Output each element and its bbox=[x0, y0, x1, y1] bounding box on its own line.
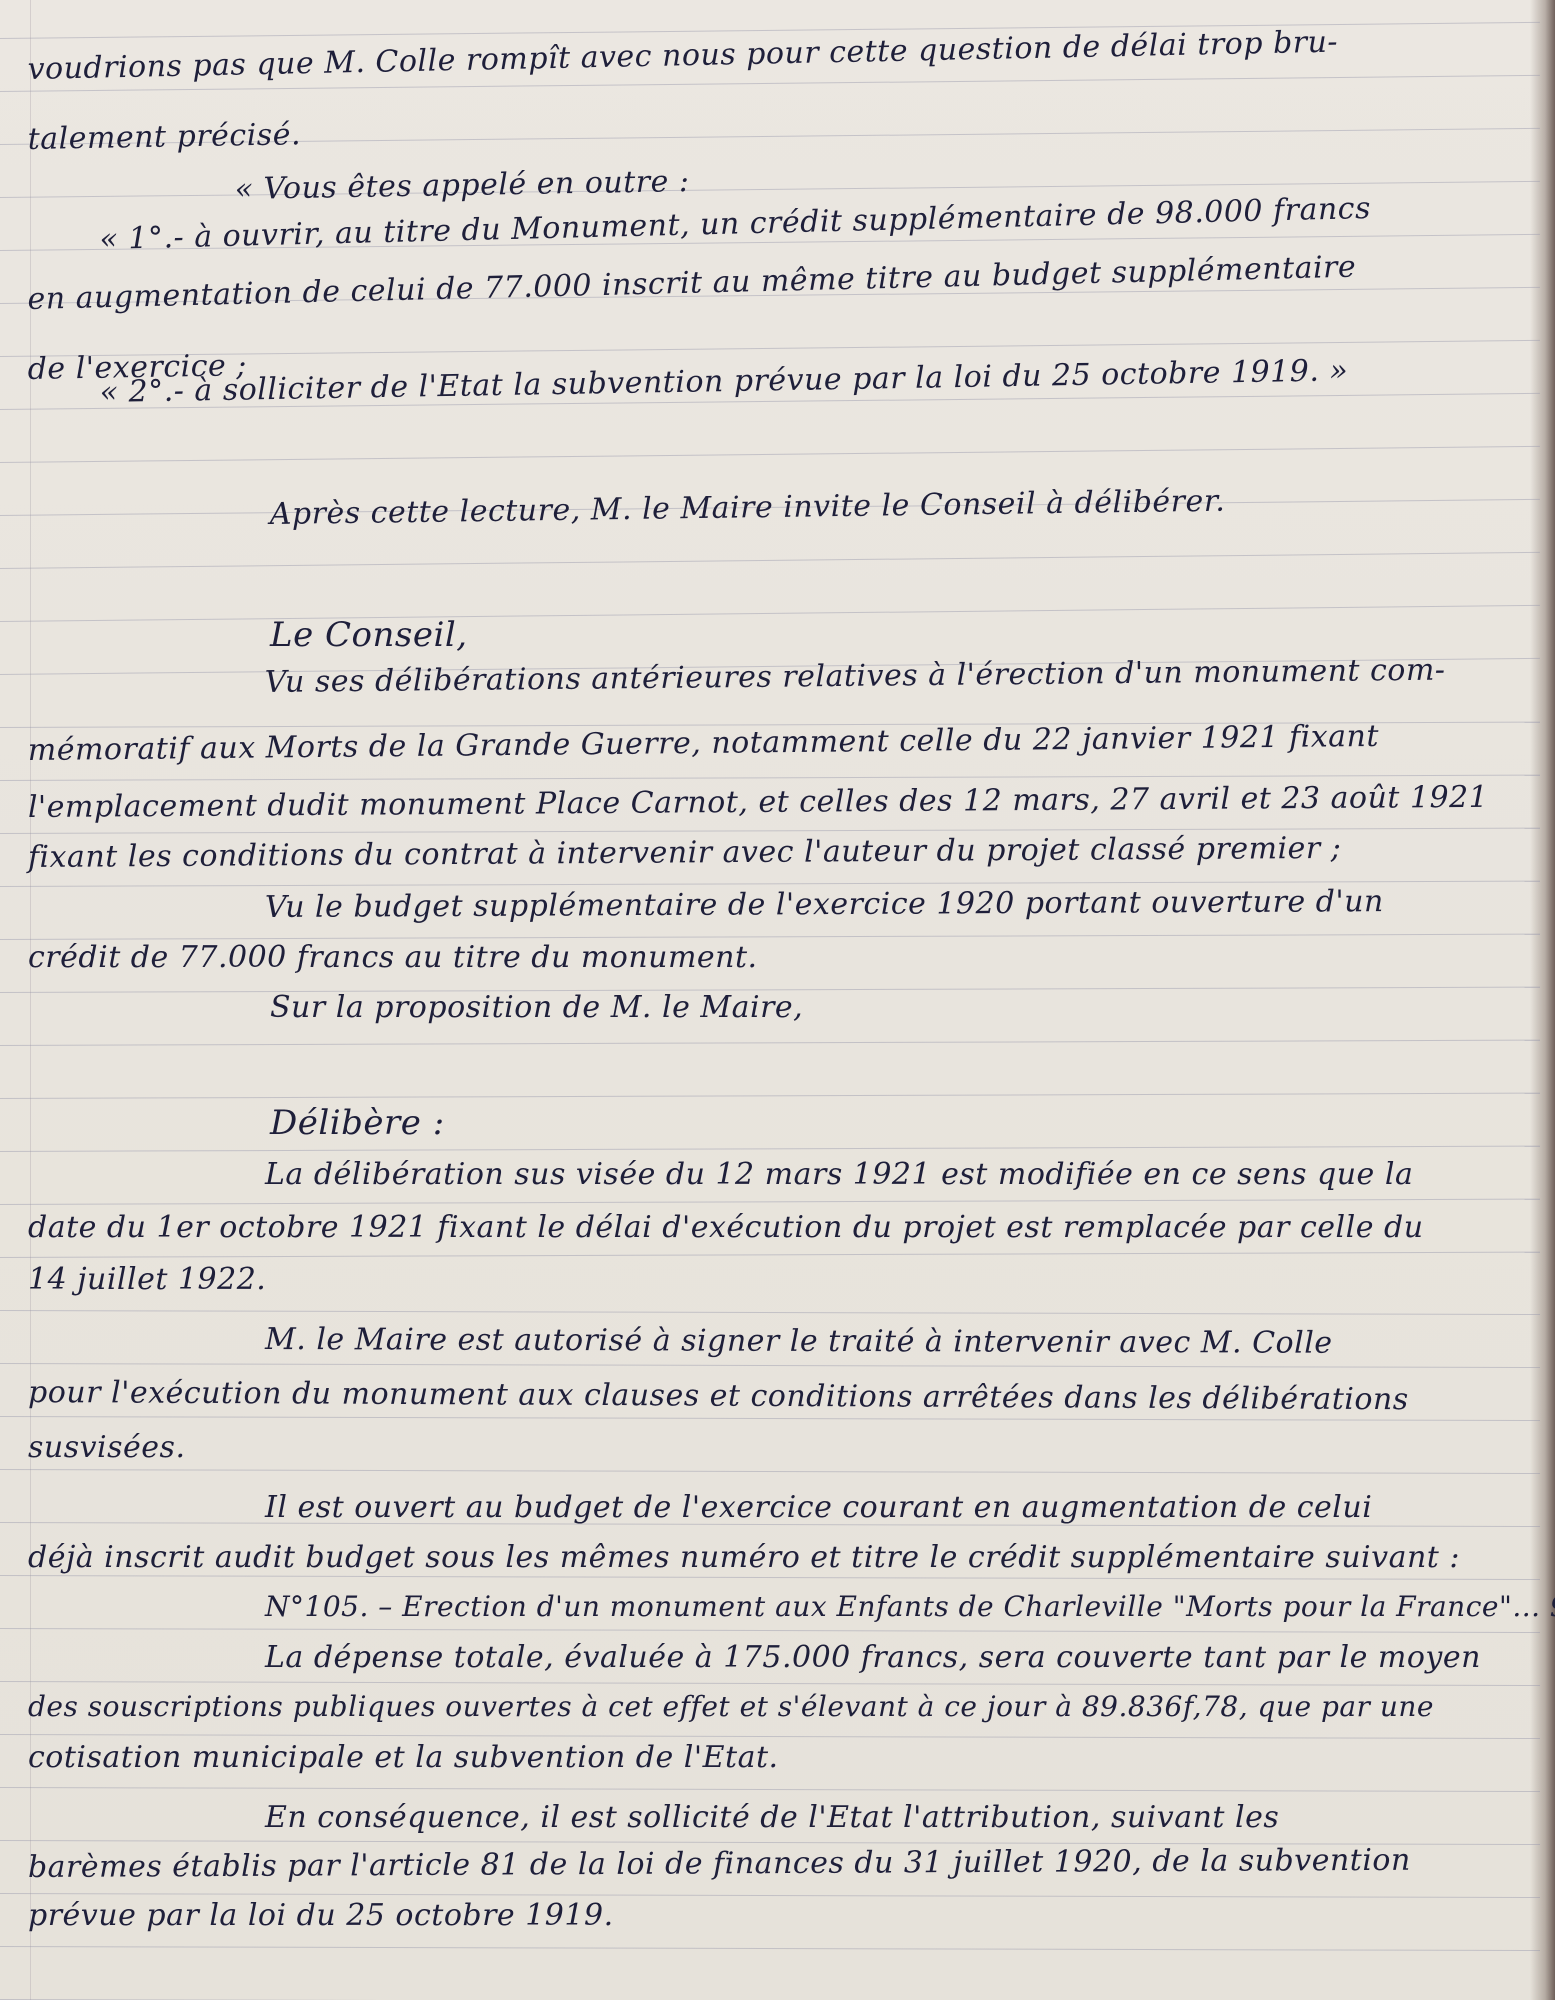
text-line: voudrions pas que M. Colle rompît avec n… bbox=[27, 25, 1338, 87]
ruled-line bbox=[0, 1628, 1540, 1633]
text-line: susvisées. bbox=[28, 1430, 186, 1465]
ruled-line bbox=[0, 1469, 1540, 1474]
ruled-line bbox=[0, 775, 1540, 781]
text-line: crédit de 77.000 francs au titre du monu… bbox=[28, 940, 758, 975]
text-line: talement précisé. bbox=[27, 117, 301, 157]
ruled-line bbox=[0, 1093, 1540, 1099]
text-line: date du 1er octobre 1921 fixant le délai… bbox=[28, 1210, 1424, 1245]
ruled-line bbox=[0, 1734, 1540, 1739]
ruled-line bbox=[0, 1363, 1540, 1368]
text-line: déjà inscrit audit budget sous les mêmes… bbox=[28, 1540, 1460, 1575]
ruled-line bbox=[0, 1146, 1540, 1152]
text-line: 14 juillet 1922. bbox=[28, 1262, 266, 1297]
ruled-line bbox=[0, 446, 1540, 463]
text-line: Vu le budget supplémentaire de l'exercic… bbox=[265, 884, 1384, 925]
text-line: M. le Maire est autorisé à signer le tra… bbox=[265, 1322, 1333, 1361]
budget-entry-line: N°105. – Erection d'un monument aux Enfa… bbox=[265, 1590, 1555, 1623]
ruled-line bbox=[0, 1681, 1540, 1686]
text-line: La délibération sus visée du 12 mars 192… bbox=[265, 1157, 1413, 1192]
ruled-line bbox=[0, 605, 1540, 622]
text-line: Vu ses délibérations antérieures relativ… bbox=[265, 653, 1446, 700]
ruled-line bbox=[0, 1416, 1540, 1421]
ruled-line bbox=[0, 1787, 1540, 1792]
text-line: Sur la proposition de M. le Maire, bbox=[270, 990, 803, 1025]
text-line: prévue par la loi du 25 octobre 1919. bbox=[28, 1898, 614, 1933]
ruled-line bbox=[0, 1040, 1540, 1046]
ruled-line bbox=[0, 552, 1540, 569]
text-line: des souscriptions publiques ouvertes à c… bbox=[28, 1690, 1434, 1723]
section-heading-le-conseil: Le Conseil, bbox=[270, 615, 468, 655]
text-line: fixant les conditions du contrat à inter… bbox=[28, 831, 1342, 875]
text-line: Il est ouvert au budget de l'exercice co… bbox=[265, 1490, 1372, 1525]
text-line: pour l'exécution du monument aux clauses… bbox=[28, 1375, 1409, 1417]
ruled-line bbox=[0, 1946, 1540, 1951]
text-line: En conséquence, il est sollicité de l'Et… bbox=[265, 1800, 1279, 1835]
text-line: « Vous êtes appelé en outre : bbox=[234, 164, 689, 207]
text-line: l'emplacement dudit monument Place Carno… bbox=[28, 780, 1489, 825]
text-line: cotisation municipale et la subvention d… bbox=[28, 1740, 779, 1775]
ruled-line bbox=[0, 1575, 1540, 1580]
ledger-page: voudrions pas que M. Colle rompît avec n… bbox=[0, 0, 1555, 2000]
ruled-line bbox=[0, 1252, 1540, 1258]
ruled-line bbox=[0, 1310, 1540, 1315]
text-line: barèmes établis par l'article 81 de la l… bbox=[28, 1843, 1411, 1885]
text-line: Après cette lecture, M. le Maire invite … bbox=[270, 484, 1226, 532]
text-line: La dépense totale, évaluée à 175.000 fra… bbox=[265, 1640, 1481, 1675]
text-line: en augmentation de celui de 77.000 inscr… bbox=[27, 250, 1356, 317]
section-heading-delibere: Délibère : bbox=[270, 1103, 445, 1143]
ruled-line bbox=[0, 1199, 1540, 1205]
